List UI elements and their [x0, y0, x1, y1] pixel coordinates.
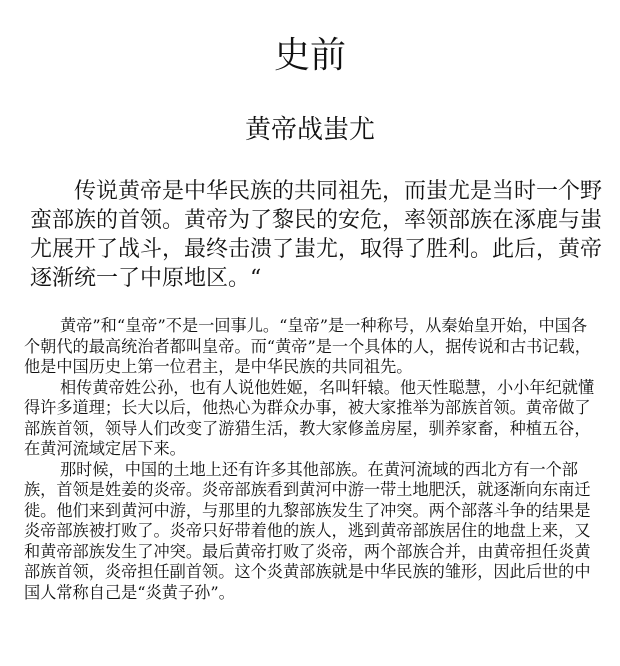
intro-paragraph: 传说黄帝是中华民族的共同祖先，而蚩尤是当时一个野蛮部族的首领。黄帝为了黎民的安危…	[30, 177, 605, 293]
body-text: 黄帝”和“皇帝”不是一回事儿。“皇帝”是一种称号，从秦始皇开始，中国各个朝代的最…	[24, 316, 596, 603]
section-title: 黄帝战蚩尤	[0, 112, 620, 148]
paragraph: 黄帝”和“皇帝”不是一回事儿。“皇帝”是一种称号，从秦始皇开始，中国各个朝代的最…	[24, 316, 596, 378]
paragraph: 相传黄帝姓公孙，也有人说他姓姬，名叫轩辕。他天性聪慧，小小年纪就懂得许多道理；长…	[24, 378, 596, 460]
paragraph: 那时候，中国的土地上还有许多其他部族。在黄河流域的西北方有一个部族，首领是姓姜的…	[24, 460, 596, 604]
page-title: 史前	[0, 34, 620, 78]
